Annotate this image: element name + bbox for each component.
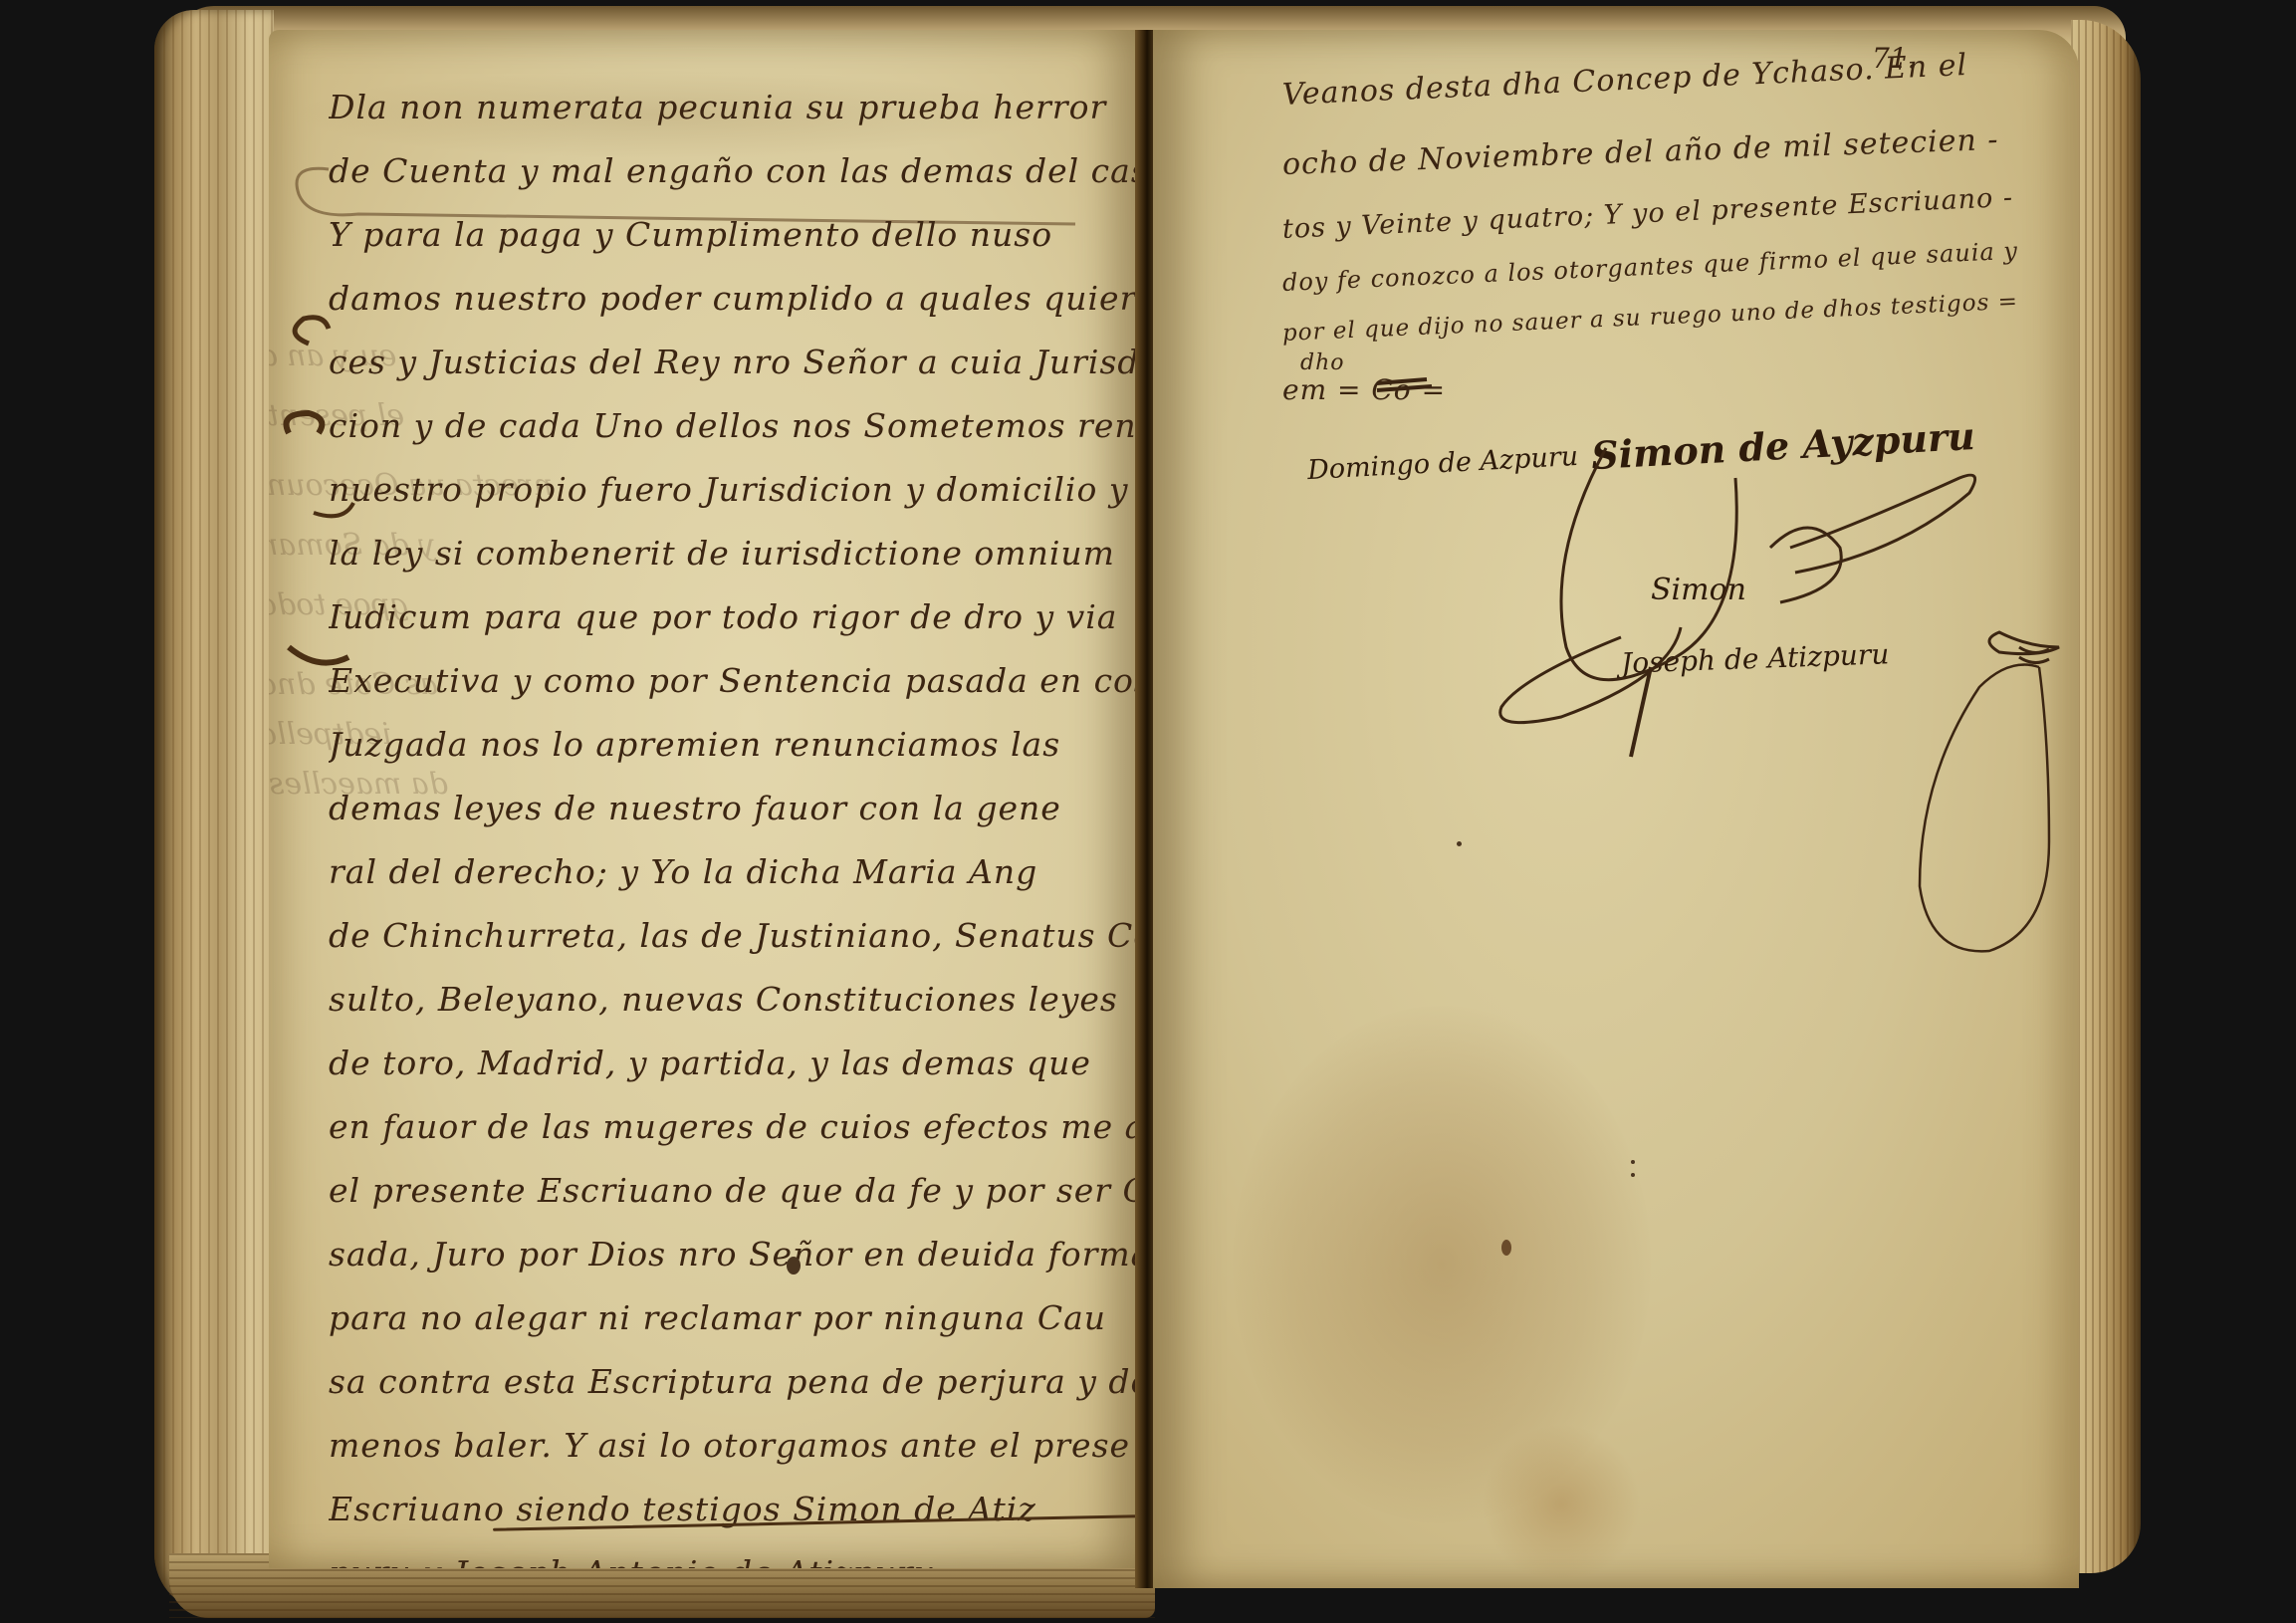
water-stain — [1482, 1424, 1641, 1583]
manuscript-line: ocho de Noviembre del año de mil setecie… — [1281, 122, 1999, 182]
manuscript-line: en fauor de las mugeres de cuios efectos… — [329, 1107, 1143, 1146]
manuscript-line: por el que dijo no sauer a su ruego uno … — [1281, 289, 2018, 347]
signer-1-signature: Simon de Ayzpuru — [1590, 413, 1976, 478]
manuscript-line: Y para la paga y Cumplimento dello nuso — [329, 215, 1143, 254]
right-page: 71. Veanos desta dha Concep de Ychaso. E… — [1153, 30, 2079, 1588]
manuscript-line: doy fe conozco a los otorgantes que firm… — [1281, 237, 2018, 297]
manuscript-line: damos nuestro poder cumplido a quales qu… — [329, 279, 1143, 318]
manuscript-line: de Chinchurreta, las de Justiniano, Sena… — [329, 916, 1143, 955]
witness-signature: Domingo de Azpuru — [1306, 441, 1578, 486]
manuscript-line: de Cuenta y mal engaño con las demas del… — [329, 151, 1143, 190]
manuscript-line: Executiva y como por Sentencia pasada en… — [329, 661, 1143, 700]
manuscript-line: sulto, Beleyano, nuevas Constituciones l… — [329, 980, 1143, 1019]
manuscript-line: el presente Escriuano de que da fe y por… — [329, 1171, 1143, 1210]
manuscript-line: para no alegar ni reclamar por ninguna C… — [329, 1298, 1143, 1337]
manuscript-line: nuestro propio fuero Jurisdicion y domic… — [329, 470, 1143, 509]
manuscript-line: la ley si combenerit de iurisdictione om… — [329, 534, 1143, 573]
book-left-page-stack — [154, 10, 274, 1613]
correction-superscript: dho — [1300, 350, 1345, 375]
paper-spot — [1631, 1160, 1635, 1164]
manuscript-line: Iudicum para que por todo rigor de dro y… — [329, 597, 1143, 636]
manuscript-line: Dla non numerata pecunia su prueba herro… — [329, 88, 1143, 126]
paper-spot — [1501, 1240, 1511, 1256]
manuscript-line: puru y Joseph Antonio de Atizpuru — [329, 1553, 1143, 1568]
manuscript-line: demas leyes de nuestro fauor con la gene — [329, 789, 1143, 827]
manuscript-line: tos y Veinte y quatro; Y yo el presente … — [1281, 182, 2013, 245]
manuscript-line: de toro, Madrid, y partida, y las demas … — [329, 1043, 1143, 1082]
signer-3-signature: Joseph de Atizpuru — [1621, 637, 1890, 679]
water-stain — [1233, 1006, 1651, 1523]
signer-2-signature: Simon — [1651, 573, 1746, 607]
manuscript-line: sa contra esta Escriptura pena de perjur… — [329, 1362, 1143, 1401]
manuscript-line: ces y Justicias del Rey nro Señor a cuia… — [329, 343, 1143, 381]
book-right-page-stack — [2071, 20, 2141, 1573]
ink-blot — [787, 1257, 801, 1275]
manuscript-line: Juzgada nos lo apremien renunciamos las — [329, 725, 1143, 764]
manuscript-line: Veanos desta dha Concep de Ychaso. En el — [1281, 48, 1968, 113]
paper-spot — [1457, 841, 1462, 846]
manuscript-line: ral del derecho; y Yo la dicha Maria Ang — [329, 852, 1143, 891]
paper-spot — [1631, 1173, 1635, 1177]
correction-line: em = Co = — [1282, 373, 1446, 406]
manuscript-line: menos baler. Y asi lo otorgamos ante el … — [329, 1426, 1143, 1465]
left-page: eu y an du el pesente nrecta ua Ocecouna… — [269, 30, 1143, 1568]
manuscript-line: cion y de cada Uno dellos nos Sometemos … — [329, 406, 1143, 445]
manuscript-spread: eu y an du el pesente nrecta ua Ocecouna… — [0, 0, 2296, 1623]
manuscript-line: sada, Juro por Dios nro Señor en deuida … — [329, 1235, 1143, 1274]
